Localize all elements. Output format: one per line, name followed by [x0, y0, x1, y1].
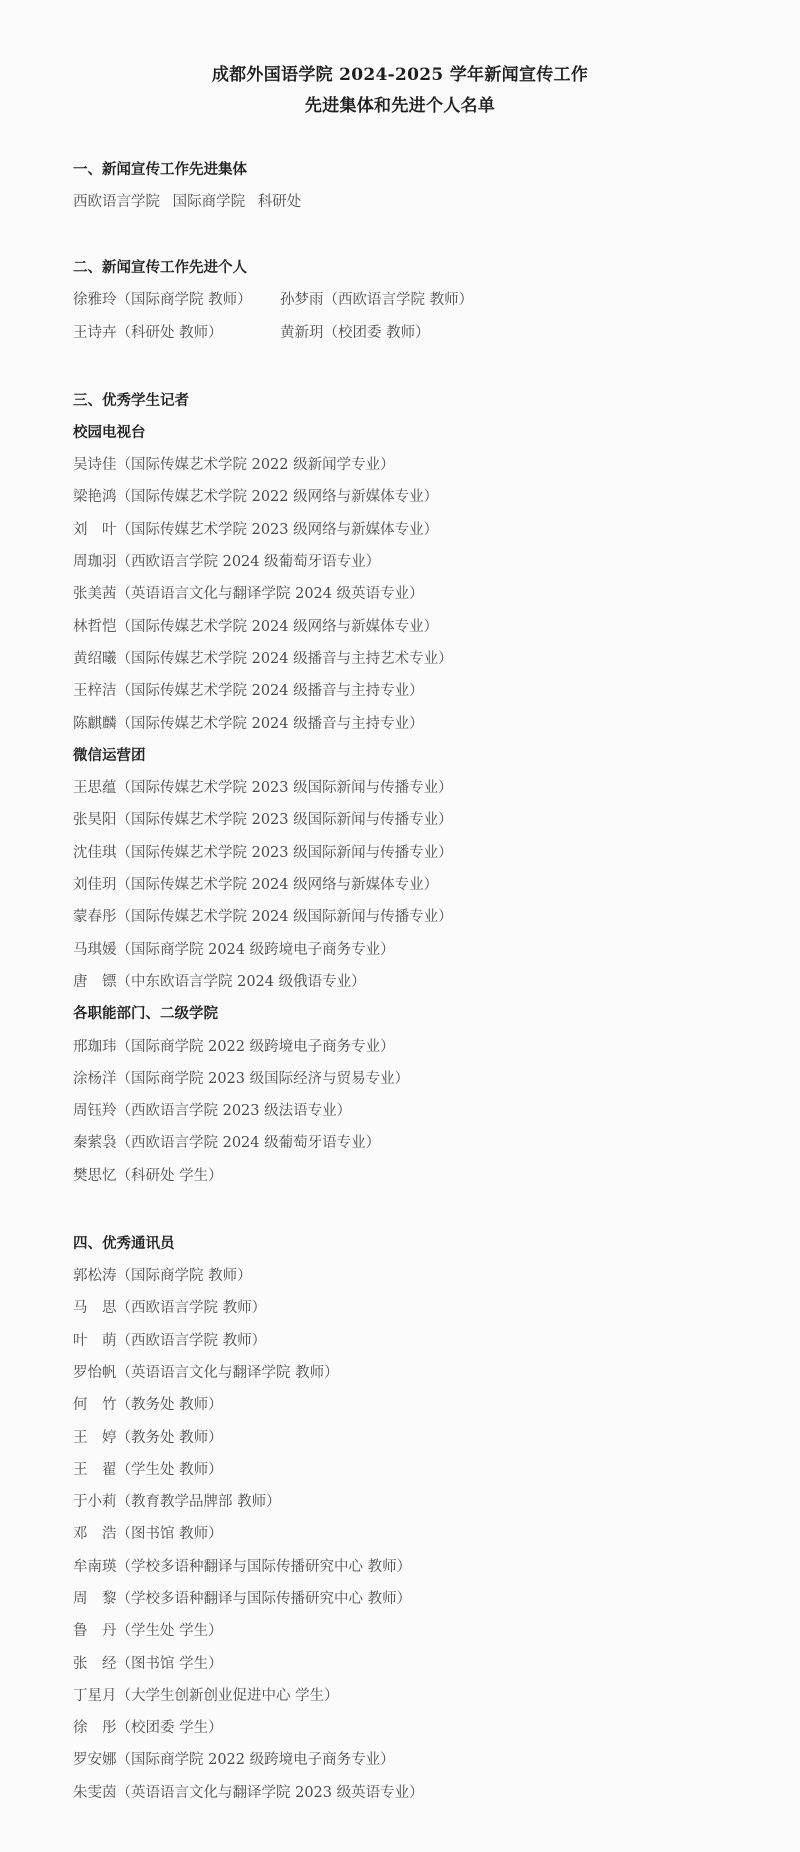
individual-entry: 王诗卉（科研处 教师）: [73, 321, 280, 353]
subsection-heading: 微信运营团: [73, 744, 773, 776]
individual-entry: 孙梦雨（西欧语言学院 教师）: [280, 288, 487, 320]
section-heading: 四、优秀通讯员: [73, 1232, 773, 1264]
document-title-line1: 成都外国语学院 2024-2025 学年新闻宣传工作: [0, 60, 800, 85]
list-item: 牟南瑛（学校多语种翻译与国际传播研究中心 教师）: [73, 1555, 773, 1587]
collective-item: 科研处: [258, 194, 302, 210]
subsection-heading: 校园电视台: [73, 421, 773, 453]
list-item: 徐 彤（校团委 学生）: [73, 1716, 773, 1748]
spacer: [73, 1196, 773, 1232]
list-item: 梁艳鸿（国际传媒艺术学院 2022 级网络与新媒体专业）: [73, 485, 773, 517]
list-item: 林哲恺（国际传媒艺术学院 2024 级网络与新媒体专业）: [73, 615, 773, 647]
list-item: 张 经（图书馆 学生）: [73, 1652, 773, 1684]
document-page: 成都外国语学院 2024-2025 学年新闻宣传工作 先进集体和先进个人名单 一…: [0, 0, 800, 1852]
list-item: 张昊阳（国际传媒艺术学院 2023 级国际新闻与传播专业）: [73, 808, 773, 840]
list-item: 王 婷（教务处 教师）: [73, 1426, 773, 1458]
list-item: 罗怡帆（英语语言文化与翻译学院 教师）: [73, 1361, 773, 1393]
section-outstanding-correspondents: 四、优秀通讯员 郭松涛（国际商学院 教师）马 思（西欧语言学院 教师）叶 萌（西…: [73, 1232, 773, 1813]
list-item: 刘 叶（国际传媒艺术学院 2023 级网络与新媒体专业）: [73, 518, 773, 550]
list-item: 于小莉（教育教学品牌部 教师）: [73, 1490, 773, 1522]
list-item: 邓 浩（图书馆 教师）: [73, 1522, 773, 1554]
subsection-heading: 各职能部门、二级学院: [73, 1002, 773, 1034]
list-item: 王梓洁（国际传媒艺术学院 2024 级播音与主持专业）: [73, 679, 773, 711]
list-item: 秦萦袅（西欧语言学院 2024 级葡萄牙语专业）: [73, 1131, 773, 1163]
list-item: 王思蕴（国际传媒艺术学院 2023 级国际新闻与传播专业）: [73, 776, 773, 808]
list-item: 唐 镖（中东欧语言学院 2024 级俄语专业）: [73, 970, 773, 1002]
spacer: [73, 353, 773, 389]
list-item: 周珈羽（西欧语言学院 2024 级葡萄牙语专业）: [73, 550, 773, 582]
section-advanced-individuals: 二、新闻宣传工作先进个人 徐雅玲（国际商学院 教师） 孙梦雨（西欧语言学院 教师…: [73, 256, 773, 353]
list-item: 蒙春彤（国际传媒艺术学院 2024 级国际新闻与传播专业）: [73, 905, 773, 937]
list-item: 刘佳玥（国际传媒艺术学院 2024 级网络与新媒体专业）: [73, 873, 773, 905]
list-item: 叶 萌（西欧语言学院 教师）: [73, 1329, 773, 1361]
section-advanced-collectives: 一、新闻宣传工作先进集体 西欧语言学院 国际商学院 科研处: [73, 158, 773, 222]
list-item: 樊思忆（科研处 学生）: [73, 1164, 773, 1196]
list-item: 黄绍曦（国际传媒艺术学院 2024 级播音与主持艺术专业）: [73, 647, 773, 679]
collective-item: 国际商学院: [173, 194, 246, 210]
list-item: 何 竹（教务处 教师）: [73, 1393, 773, 1425]
list-item: 周钰羚（西欧语言学院 2023 级法语专业）: [73, 1099, 773, 1131]
spacer: [73, 222, 773, 256]
list-item: 罗安娜（国际商学院 2022 级跨境电子商务专业）: [73, 1748, 773, 1780]
list-item: 张美茜（英语语言文化与翻译学院 2024 级英语专业）: [73, 582, 773, 614]
list-item: 马琪媛（国际商学院 2024 级跨境电子商务专业）: [73, 938, 773, 970]
correspondent-list: 郭松涛（国际商学院 教师）马 思（西欧语言学院 教师）叶 萌（西欧语言学院 教师…: [73, 1264, 773, 1813]
list-item: 鲁 丹（学生处 学生）: [73, 1619, 773, 1651]
collective-item: 西欧语言学院: [73, 194, 160, 210]
section-outstanding-student-reporters: 三、优秀学生记者 校园电视台吴诗佳（国际传媒艺术学院 2022 级新闻学专业）梁…: [73, 389, 773, 1196]
list-item: 涂杨洋（国际商学院 2023 级国际经济与贸易专业）: [73, 1067, 773, 1099]
list-item: 周 黎（学校多语种翻译与国际传播研究中心 教师）: [73, 1587, 773, 1619]
list-item: 陈麒麟（国际传媒艺术学院 2024 级播音与主持专业）: [73, 712, 773, 744]
reporter-group: 微信运营团王思蕴（国际传媒艺术学院 2023 级国际新闻与传播专业）张昊阳（国际…: [73, 744, 773, 1002]
list-item: 徐雅玲（国际商学院 教师） 孙梦雨（西欧语言学院 教师）: [73, 288, 773, 320]
list-item: 朱雯茵（英语语言文化与翻译学院 2023 级英语专业）: [73, 1781, 773, 1813]
list-item: 吴诗佳（国际传媒艺术学院 2022 级新闻学专业）: [73, 453, 773, 485]
reporter-group: 各职能部门、二级学院邢珈玮（国际商学院 2022 级跨境电子商务专业）涂杨洋（国…: [73, 1002, 773, 1196]
individual-entry: 徐雅玲（国际商学院 教师）: [73, 288, 280, 320]
list-item: 沈佳琪（国际传媒艺术学院 2023 级国际新闻与传播专业）: [73, 841, 773, 873]
collective-list: 西欧语言学院 国际商学院 科研处: [73, 190, 773, 222]
document-title-line2: 先进集体和先进个人名单: [0, 91, 800, 116]
reporter-group: 校园电视台吴诗佳（国际传媒艺术学院 2022 级新闻学专业）梁艳鸿（国际传媒艺术…: [73, 421, 773, 744]
section-heading: 二、新闻宣传工作先进个人: [73, 256, 773, 288]
section-heading: 一、新闻宣传工作先进集体: [73, 158, 773, 190]
list-item: 郭松涛（国际商学院 教师）: [73, 1264, 773, 1296]
reporter-groups: 校园电视台吴诗佳（国际传媒艺术学院 2022 级新闻学专业）梁艳鸿（国际传媒艺术…: [73, 421, 773, 1196]
list-item: 王诗卉（科研处 教师） 黄新玥（校团委 教师）: [73, 321, 773, 353]
list-item: 邢珈玮（国际商学院 2022 级跨境电子商务专业）: [73, 1035, 773, 1067]
document-body: 一、新闻宣传工作先进集体 西欧语言学院 国际商学院 科研处 二、新闻宣传工作先进…: [73, 158, 773, 1813]
list-item: 马 思（西欧语言学院 教师）: [73, 1296, 773, 1328]
list-item: 王 翟（学生处 教师）: [73, 1458, 773, 1490]
individual-entry: 黄新玥（校团委 教师）: [280, 321, 487, 353]
section-heading: 三、优秀学生记者: [73, 389, 773, 421]
list-item: 丁星月（大学生创新创业促进中心 学生）: [73, 1684, 773, 1716]
